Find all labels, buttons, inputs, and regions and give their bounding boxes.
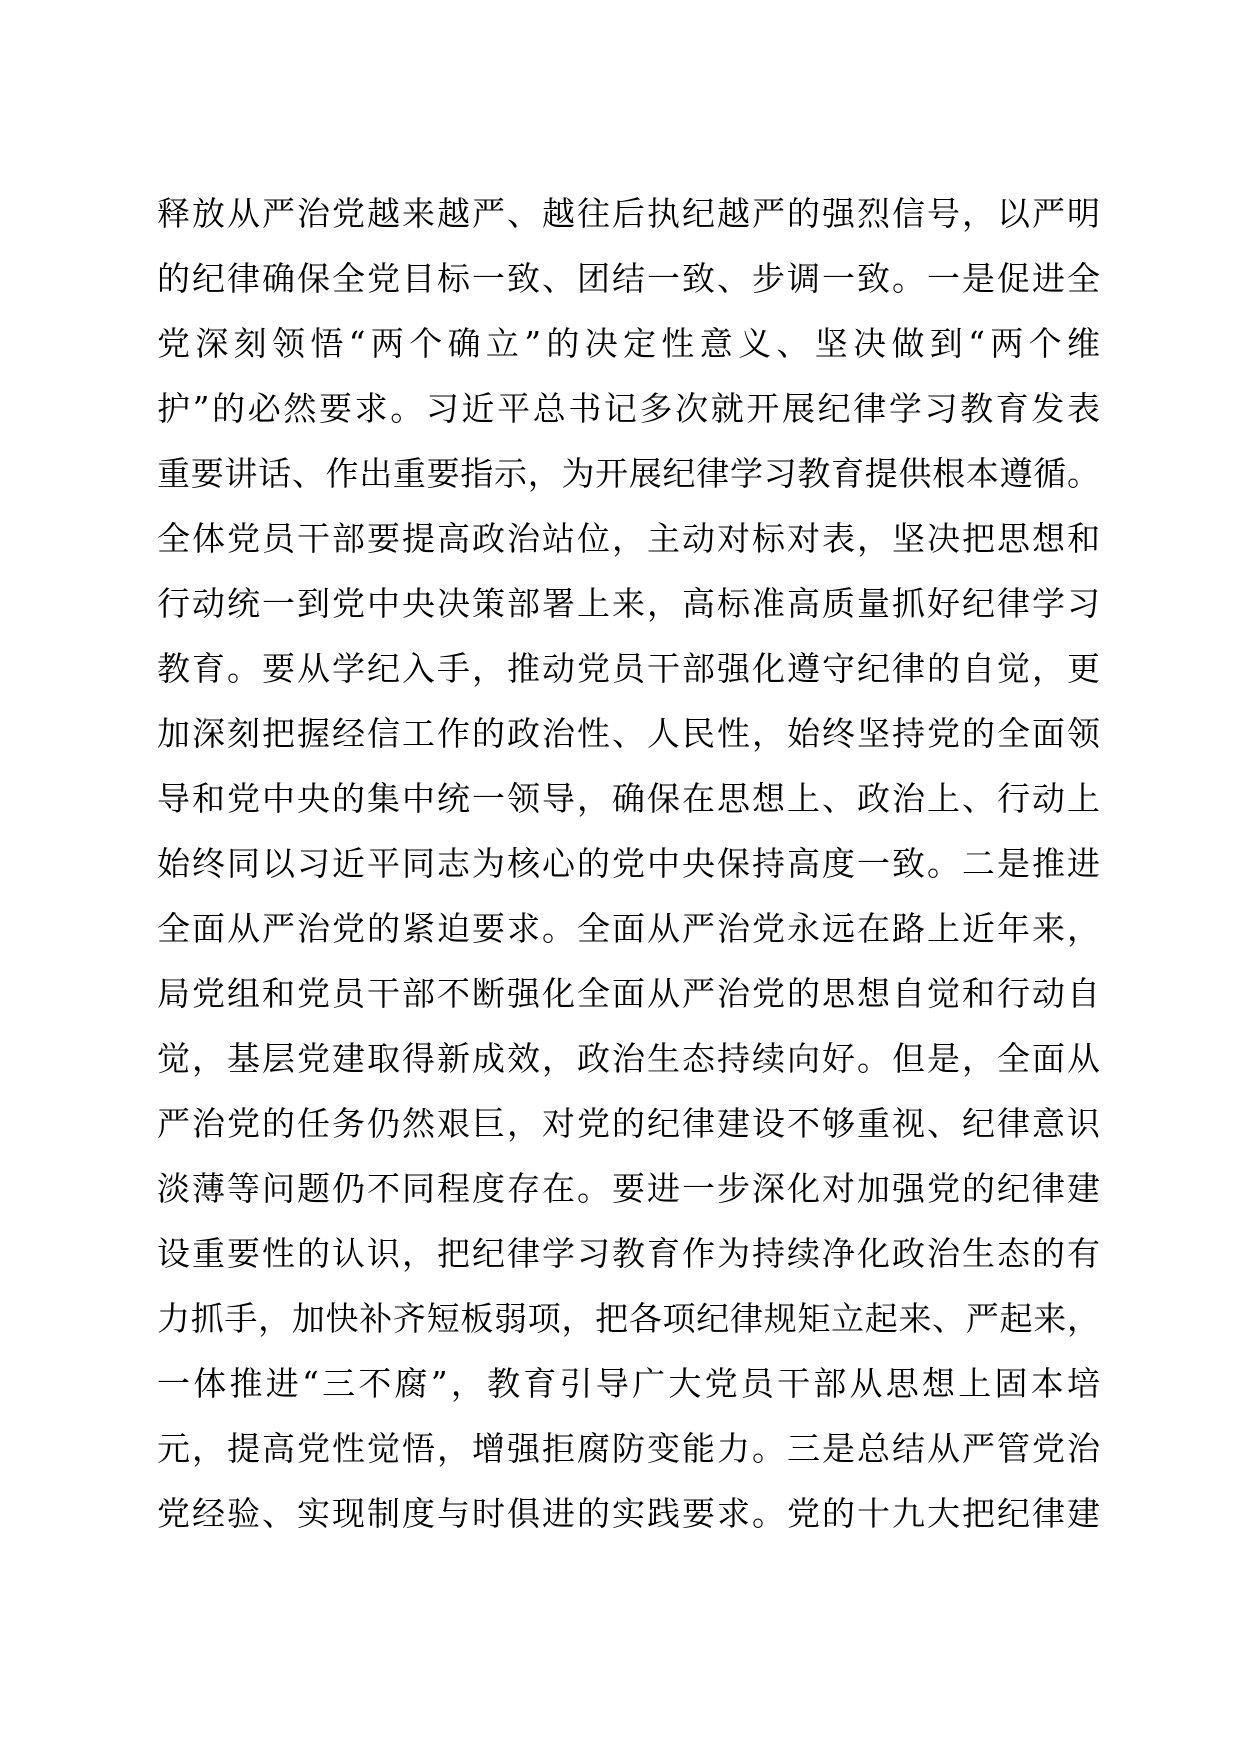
text-line: 一体推进“三不腐”，教育引导广大党员干部从思想上固本培 [157,1351,1100,1416]
text-line: 导和党中央的集中统一领导，确保在思想上、政治上、行动上 [157,766,1100,831]
text-line: 全面从严治党的紧迫要求。全面从严治党永远在路上近年来， [157,896,1100,961]
text-line: 始终同以习近平同志为核心的党中央保持高度一致。二是推进 [157,831,1100,896]
text-line: 严治党的任务仍然艰巨，对党的纪律建设不够重视、纪律意识 [157,1091,1100,1156]
text-line: 局党组和党员干部不断强化全面从严治党的思想自觉和行动自 [157,961,1100,1026]
text-line: 元，提高党性觉悟，增强拒腐防变能力。三是总结从严管党治 [157,1416,1100,1481]
text-line: 教育。要从学纪入手，推动党员干部强化遵守纪律的自觉，更 [157,636,1100,701]
text-line: 设重要性的认识，把纪律学习教育作为持续净化政治生态的有 [157,1221,1100,1286]
paragraph-block: 释放从严治党越来越严、越往后执纪越严的强烈信号，以严明 的纪律确保全党目标一致、… [157,181,1100,1546]
text-line: 护”的必然要求。习近平总书记多次就开展纪律学习教育发表 [157,376,1100,441]
text-line: 加深刻把握经信工作的政治性、人民性，始终坚持党的全面领 [157,701,1100,766]
text-line: 重要讲话、作出重要指示，为开展纪律学习教育提供根本遵循。 [157,441,1100,506]
text-line: 的纪律确保全党目标一致、团结一致、步调一致。一是促进全 [157,246,1100,311]
text-line: 行动统一到党中央决策部署上来，高标准高质量抓好纪律学习 [157,571,1100,636]
text-line: 释放从严治党越来越严、越往后执纪越严的强烈信号，以严明 [157,181,1100,246]
document-page: 释放从严治党越来越严、越往后执纪越严的强烈信号，以严明 的纪律确保全党目标一致、… [0,0,1240,1754]
text-line: 淡薄等问题仍不同程度存在。要进一步深化对加强党的纪律建 [157,1156,1100,1221]
text-line: 党深刻领悟“两个确立”的决定性意义、坚决做到“两个维 [157,311,1100,376]
text-line: 力抓手，加快补齐短板弱项，把各项纪律规矩立起来、严起来， [157,1286,1100,1351]
text-line: 党经验、实现制度与时俱进的实践要求。党的十九大把纪律建 [157,1481,1100,1546]
text-line: 觉，基层党建取得新成效，政治生态持续向好。但是，全面从 [157,1026,1100,1091]
text-line: 全体党员干部要提高政治站位，主动对标对表，坚决把思想和 [157,506,1100,571]
